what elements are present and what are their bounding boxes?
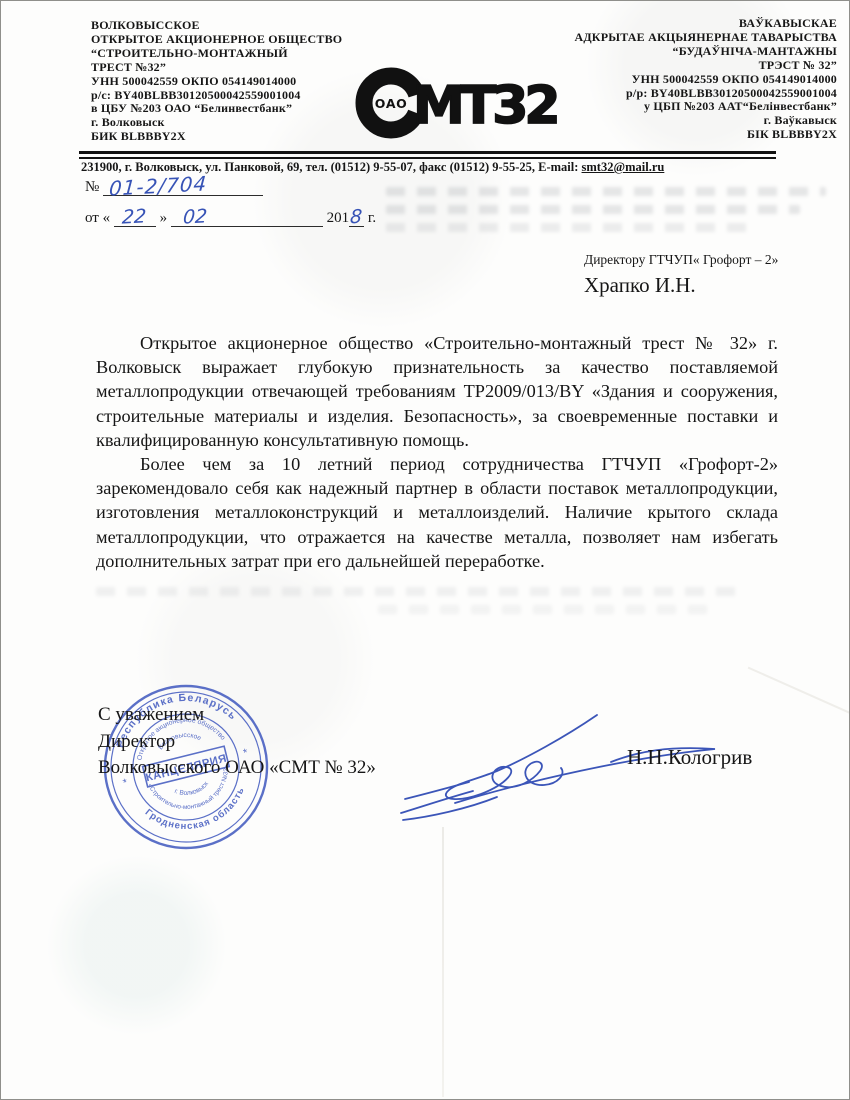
number-label: № [85,179,99,195]
paper-crease [442,827,444,1097]
reference-number-line: №01-2/704 [85,175,263,196]
paragraph: Открытое акционерное общество «Строитель… [96,331,778,452]
letterhead-divider [79,151,776,159]
bleed-through-text [96,587,736,623]
closing-company: Волковысского ОАО «СМТ № 32» [98,755,376,782]
addressee-block: Директору ГТЧУП« Грофорт – 2» Храпко И.Н… [584,252,844,298]
closing-position: Директор [98,729,376,756]
scanned-letter-page: ВОЛКОВЫССКОЕ ОТКРЫТОЕ АКЦИОНЕРНОЕ ОБЩЕСТ… [0,0,850,1100]
letterhead-line: АДКРЫТАЕ АКЦЫЯНЕРНАЕ ТАВАРЫСТВА [507,31,837,45]
letter-body: Открытое акционерное общество «Строитель… [96,331,778,573]
closing-regards: С уважением [98,702,376,729]
addressee-name: Храпко И.Н. [584,273,844,298]
letterhead-line: ВАЎКАВЫСКАЕ [507,17,837,31]
handwritten-number: 01-2/704 [109,171,209,200]
handwritten-day: 22 [121,205,147,228]
day-underline: 22 [114,207,156,227]
letterhead-line: “БУДАЎНІЧА-МАНТАЖНЫ [507,45,837,59]
date-close-quote: » [160,210,168,226]
email-address: smt32@mail.ru [582,160,665,174]
month-underline: 02 [171,207,323,227]
letterhead-line: ВОЛКОВЫССКОЕ [91,19,401,33]
bleed-through-text [386,187,826,241]
handwritten-year-digit: 8 [349,206,363,229]
company-logo: ОАО МТ32 [349,61,559,141]
svg-text:г. Волковыск: г. Волковыск [172,780,212,801]
date-prefix: от « [85,210,110,226]
logo-smt32-text: МТ32 [413,76,557,136]
number-underline: 01-2/704 [103,175,263,196]
letterhead-line: “СТРОИТЕЛЬНО-МОНТАЖНЫЙ [91,47,401,61]
reference-date-line: от « 22 » 02 2018 г. [85,207,376,227]
letterhead-line: ОТКРЫТОЕ АКЦИОНЕРНОЕ ОБЩЕСТВО [91,33,401,47]
stamp-text-city: г. Волковыск [172,780,212,801]
year-underline: 8 [349,207,364,227]
signer-name: Н.Н.Кологрив [627,745,752,770]
closing-block: С уважением Директор Волковысского ОАО «… [98,702,376,782]
paragraph: Более чем за 10 летний период сотрудниче… [96,452,778,573]
contact-text: 231900, г. Волковыск, ул. Панковой, 69, … [81,160,582,174]
date-suffix: г. [368,210,376,226]
handwritten-month: 02 [182,205,208,228]
year-printed: 201 [327,210,350,226]
logo-oao-text: ОАО [375,96,407,111]
paper-crease [748,667,850,717]
addressee-title: Директору ГТЧУП« Грофорт – 2» [584,252,844,268]
